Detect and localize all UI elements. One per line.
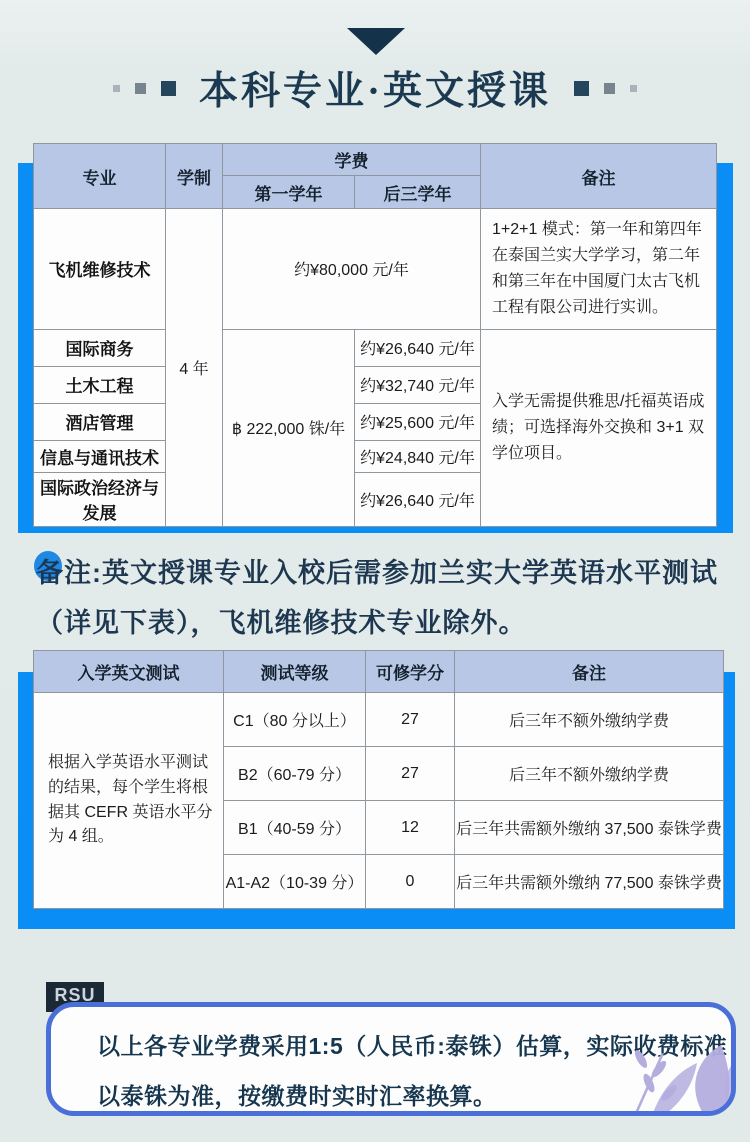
remark-text: 备注:英文授课专业入校后需参加兰实大学英语水平测试 （详见下表），飞机维修技术专…: [36, 548, 726, 648]
credits-cell: 27: [366, 693, 455, 747]
major-cell: 信息与通讯技术: [34, 440, 166, 472]
fee-cell: 约¥80,000 元/年: [223, 209, 481, 330]
test-intro-cell: 根据入学英语水平测试的结果，每个学生将根据其 CEFR 英语水平分为 4 组。: [34, 693, 224, 909]
duration-cell: 4 年: [166, 209, 223, 527]
footer-note-box: 以上各专业学费采用1:5（人民币:泰铢）估算，实际收费标准 以泰铢为准，按缴费时…: [46, 1002, 736, 1116]
group-note-cell: 入学无需提供雅思/托福英语成绩；可选择海外交换和 3+1 双学位项目。: [481, 329, 717, 526]
down-triangle-icon: [347, 28, 405, 55]
deco-square-icon: [574, 81, 589, 96]
note-cell: 后三年不额外缴纳学费: [455, 693, 724, 747]
english-test-table-grid: 入学英文测试 测试等级 可修学分 备注 根据入学英语水平测试的结果，每个学生将根…: [33, 650, 724, 909]
deco-square-icon: [113, 85, 120, 92]
note-cell: 1+2+1 模式：第一年和第四年在泰国兰实大学学习，第二年和第三年在中国厦门太古…: [481, 209, 717, 330]
major-cell: 飞机维修技术: [34, 209, 166, 330]
level-cell: B1（40-59 分）: [224, 801, 366, 855]
later-fee-cell: 约¥24,840 元/年: [355, 440, 481, 472]
col-header-credits: 可修学分: [366, 651, 455, 693]
deco-square-icon: [135, 83, 146, 94]
col-header-first-year: 第一学年: [223, 176, 355, 209]
deco-square-icon: [630, 85, 637, 92]
later-fee-cell: 约¥32,740 元/年: [355, 366, 481, 403]
note-cell: 后三年不额外缴纳学费: [455, 747, 724, 801]
later-fee-cell: 约¥26,640 元/年: [355, 472, 481, 526]
infographic-page: 本科专业·英文授课 专业 学制 学费 备注 第一学年 后三学年 飞机维修技术: [0, 0, 750, 1142]
level-cell: A1-A2（10-39 分）: [224, 855, 366, 909]
col-header-test-level: 测试等级: [224, 651, 366, 693]
credits-cell: 12: [366, 801, 455, 855]
first-year-fee-cell: ฿ 222,000 铢/年: [223, 329, 355, 526]
tuition-table-grid: 专业 学制 学费 备注 第一学年 后三学年 飞机维修技术 4 年 约¥80,00…: [33, 143, 717, 527]
col-header-tuition: 学费: [223, 144, 481, 176]
remark-line-1: 备注:英文授课专业入校后需参加兰实大学英语水平测试: [36, 548, 726, 598]
remark-line-2: （详见下表），飞机维修技术专业除外。: [36, 598, 726, 648]
later-fee-cell: 约¥26,640 元/年: [355, 329, 481, 366]
major-cell: 国际商务: [34, 329, 166, 366]
note-cell: 后三年共需额外缴纳 37,500 泰铢学费: [455, 801, 724, 855]
level-cell: C1（80 分以上）: [224, 693, 366, 747]
col-header-major: 专业: [34, 144, 166, 209]
credits-cell: 0: [366, 855, 455, 909]
major-cell: 国际政治经济与发展: [34, 472, 166, 526]
note-cell: 后三年共需额外缴纳 77,500 泰铢学费: [455, 855, 724, 909]
title-row: 本科专业·英文授课: [0, 64, 750, 112]
plant-decoration-icon: [589, 1002, 736, 1116]
col-header-duration: 学制: [166, 144, 223, 209]
english-test-table: 入学英文测试 测试等级 可修学分 备注 根据入学英语水平测试的结果，每个学生将根…: [33, 650, 723, 908]
credits-cell: 27: [366, 747, 455, 801]
later-fee-cell: 约¥25,600 元/年: [355, 403, 481, 440]
col-header-entry-test: 入学英文测试: [34, 651, 224, 693]
major-cell: 酒店管理: [34, 403, 166, 440]
page-title: 本科专业·英文授课: [199, 60, 551, 116]
major-cell: 土木工程: [34, 366, 166, 403]
deco-square-icon: [161, 81, 176, 96]
col-header-notes: 备注: [481, 144, 717, 209]
tuition-table: 专业 学制 学费 备注 第一学年 后三学年 飞机维修技术 4 年 约¥80,00…: [33, 143, 716, 512]
deco-square-icon: [604, 83, 615, 94]
col-header-later-years: 后三学年: [355, 176, 481, 209]
level-cell: B2（60-79 分）: [224, 747, 366, 801]
col-header-notes: 备注: [455, 651, 724, 693]
